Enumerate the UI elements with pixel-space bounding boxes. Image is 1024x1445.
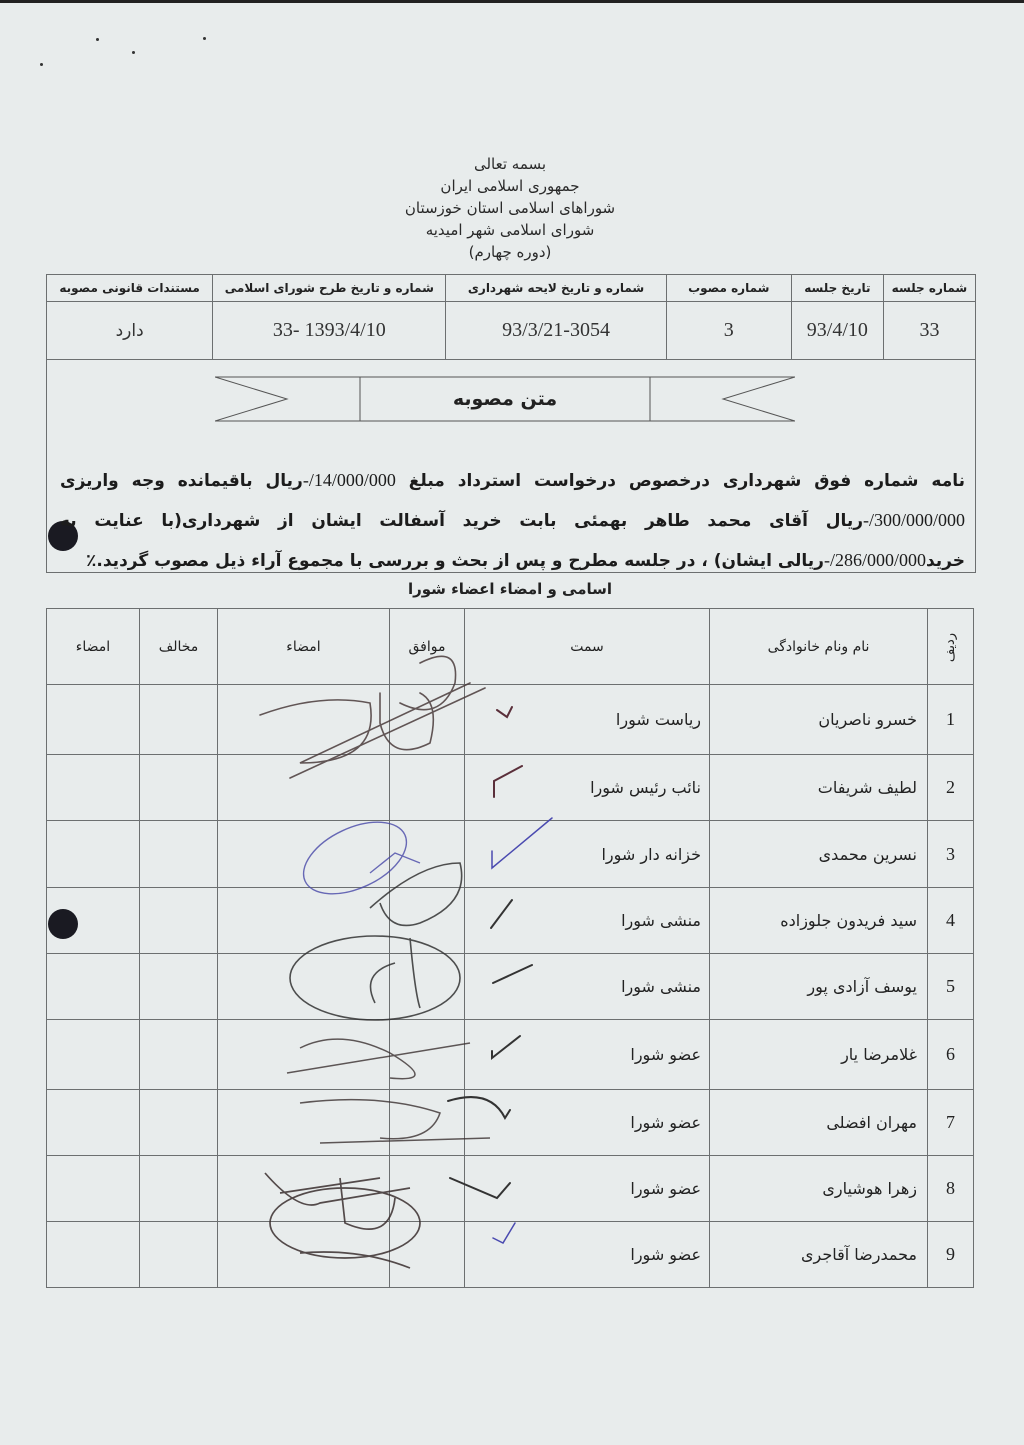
resolution-body: نامه شماره فوق شهرداری درخصوص درخواست اس… [60, 461, 965, 581]
member-index: 2 [928, 755, 974, 821]
scan-speck [96, 38, 99, 41]
member-row: 7 مهران افضلی عضو شورا [47, 1090, 974, 1156]
meta-header-row: شماره جلسه تاریخ جلسه شماره مصوب شماره و… [47, 275, 976, 302]
agree-cell [390, 888, 465, 954]
header-session-date: تاریخ جلسه [791, 275, 883, 302]
member-role: عضو شورا [465, 1090, 710, 1156]
member-row: 8 زهرا هوشیاری عضو شورا [47, 1156, 974, 1222]
agree-cell [390, 821, 465, 888]
col-name: نام ونام خانوادگی [710, 609, 928, 685]
oppose-signature-cell [47, 685, 140, 755]
oppose-cell [140, 1156, 218, 1222]
agree-cell [390, 755, 465, 821]
members-header-row: ردیف نام ونام خانوادگی سمت موافق امضاء م… [47, 609, 974, 685]
col-role: سمت [465, 609, 710, 685]
signature-cell [218, 1020, 390, 1090]
member-index: 6 [928, 1020, 974, 1090]
member-index: 5 [928, 954, 974, 1020]
value-council-plan: 1393/4/10 -33 [213, 302, 446, 360]
agree-cell [390, 954, 465, 1020]
oppose-cell [140, 954, 218, 1020]
oppose-signature-cell [47, 821, 140, 888]
scan-speck [203, 37, 206, 40]
header-line-country: جمهوری اسلامی ایران [380, 175, 640, 197]
member-role: عضو شورا [465, 1156, 710, 1222]
member-name: زهرا هوشیاری [710, 1156, 928, 1222]
oppose-signature-cell [47, 755, 140, 821]
member-index: 9 [928, 1222, 974, 1288]
member-index: 8 [928, 1156, 974, 1222]
oppose-signature-cell [47, 1090, 140, 1156]
col-index-label: ردیف [943, 632, 958, 661]
agree-cell [390, 685, 465, 755]
header-resolution-number: شماره مصوب [666, 275, 791, 302]
agree-cell [390, 1020, 465, 1090]
signature-cell [218, 821, 390, 888]
value-session-date: 93/4/10 [791, 302, 883, 360]
meta-value-row: 33 93/4/10 3 93/3/21-3054 1393/4/10 -33 … [47, 302, 976, 360]
member-role: منشی شورا [465, 954, 710, 1020]
scan-speck [132, 51, 135, 54]
member-role: نائب رئیس شورا [465, 755, 710, 821]
member-name: یوسف آزادی پور [710, 954, 928, 1020]
member-name: لطیف شریفات [710, 755, 928, 821]
member-index: 4 [928, 888, 974, 954]
signature-cell [218, 755, 390, 821]
signature-cell [218, 954, 390, 1020]
col-agree: موافق [390, 609, 465, 685]
header-line-city-council: شورای اسلامی شهر امیدیه [380, 219, 640, 241]
oppose-signature-cell [47, 888, 140, 954]
body-part-4: ریالی ایشان) ، در جلسه مطرح و پس از بحث … [86, 551, 824, 571]
member-name: نسرین محمدی [710, 821, 928, 888]
member-name: مهران افضلی [710, 1090, 928, 1156]
resolution-meta-table: شماره جلسه تاریخ جلسه شماره مصوب شماره و… [46, 274, 976, 360]
signature-cell [218, 1090, 390, 1156]
member-role: عضو شورا [465, 1020, 710, 1090]
member-role: خزانه دار شورا [465, 821, 710, 888]
col-signature-oppose: امضاء [47, 609, 140, 685]
scanned-document-page: بسمه تعالی جمهوری اسلامی ایران شوراهای ا… [0, 0, 1024, 1445]
amount-purchase: -/286/000/000 [824, 550, 926, 570]
member-index: 3 [928, 821, 974, 888]
header-line-province-councils: شوراهای اسلامی استان خوزستان [380, 197, 640, 219]
amount-remaining: -/14/000/000 [303, 470, 396, 490]
resolution-title: متن مصوبه [360, 376, 650, 422]
agree-cell [390, 1222, 465, 1288]
header-council-plan: شماره و تاریخ طرح شورای اسلامی [213, 275, 446, 302]
header-session-number: شماره جلسه [883, 275, 975, 302]
member-role: ریاست شورا [465, 685, 710, 755]
col-index: ردیف [928, 609, 974, 685]
member-row: 5 یوسف آزادی پور منشی شورا [47, 954, 974, 1020]
member-row: 3 نسرین محمدی خزانه دار شورا [47, 821, 974, 888]
oppose-cell [140, 1020, 218, 1090]
oppose-cell [140, 888, 218, 954]
oppose-cell [140, 821, 218, 888]
amount-deposit: -/300/000/000 [863, 510, 965, 530]
body-part-1: نامه شماره فوق شهرداری درخصوص درخواست اس… [396, 471, 965, 491]
col-oppose: مخالف [140, 609, 218, 685]
oppose-signature-cell [47, 1156, 140, 1222]
scan-speck [40, 63, 43, 66]
member-row: 6 غلامرضا یار عضو شورا [47, 1020, 974, 1090]
signature-cell [218, 888, 390, 954]
header-municipality-bill: شماره و تاریخ لایحه شهرداری [446, 275, 666, 302]
oppose-cell [140, 755, 218, 821]
member-name: غلامرضا یار [710, 1020, 928, 1090]
value-legal-docs: دارد [47, 302, 213, 360]
member-name: محمدرضا آقاجری [710, 1222, 928, 1288]
member-row: 4 سید فریدون جلوزاده منشی شورا [47, 888, 974, 954]
signature-cell [218, 1222, 390, 1288]
member-role: عضو شورا [465, 1222, 710, 1288]
members-title: اسامی و امضاء اعضاء شورا [380, 580, 640, 598]
agree-cell [390, 1156, 465, 1222]
member-row: 2 لطیف شریفات نائب رئیس شورا [47, 755, 974, 821]
value-municipality-bill: 93/3/21-3054 [446, 302, 666, 360]
oppose-signature-cell [47, 1020, 140, 1090]
value-resolution-number: 3 [666, 302, 791, 360]
oppose-cell [140, 1090, 218, 1156]
header-line-bismillah: بسمه تعالی [380, 153, 640, 175]
oppose-signature-cell [47, 954, 140, 1020]
member-row: 1 خسرو ناصریان ریاست شورا [47, 685, 974, 755]
oppose-cell [140, 1222, 218, 1288]
member-name: سید فریدون جلوزاده [710, 888, 928, 954]
member-role: منشی شورا [465, 888, 710, 954]
members-table: ردیف نام ونام خانوادگی سمت موافق امضاء م… [46, 608, 974, 1288]
oppose-signature-cell [47, 1222, 140, 1288]
signature-cell [218, 685, 390, 755]
signature-cell [218, 1156, 390, 1222]
member-index: 1 [928, 685, 974, 755]
document-header: بسمه تعالی جمهوری اسلامی ایران شوراهای ا… [380, 153, 640, 263]
header-line-term: (دوره چهارم) [380, 241, 640, 263]
value-session-number: 33 [883, 302, 975, 360]
member-row: 9 محمدرضا آقاجری عضو شورا [47, 1222, 974, 1288]
member-name: خسرو ناصریان [710, 685, 928, 755]
agree-cell [390, 1090, 465, 1156]
oppose-cell [140, 685, 218, 755]
body-part-2: ریال باقیمانده وجه واریزی [60, 471, 303, 491]
col-signature-agree: امضاء [218, 609, 390, 685]
member-index: 7 [928, 1090, 974, 1156]
header-legal-docs: مستندات قانونی مصوبه [47, 275, 213, 302]
